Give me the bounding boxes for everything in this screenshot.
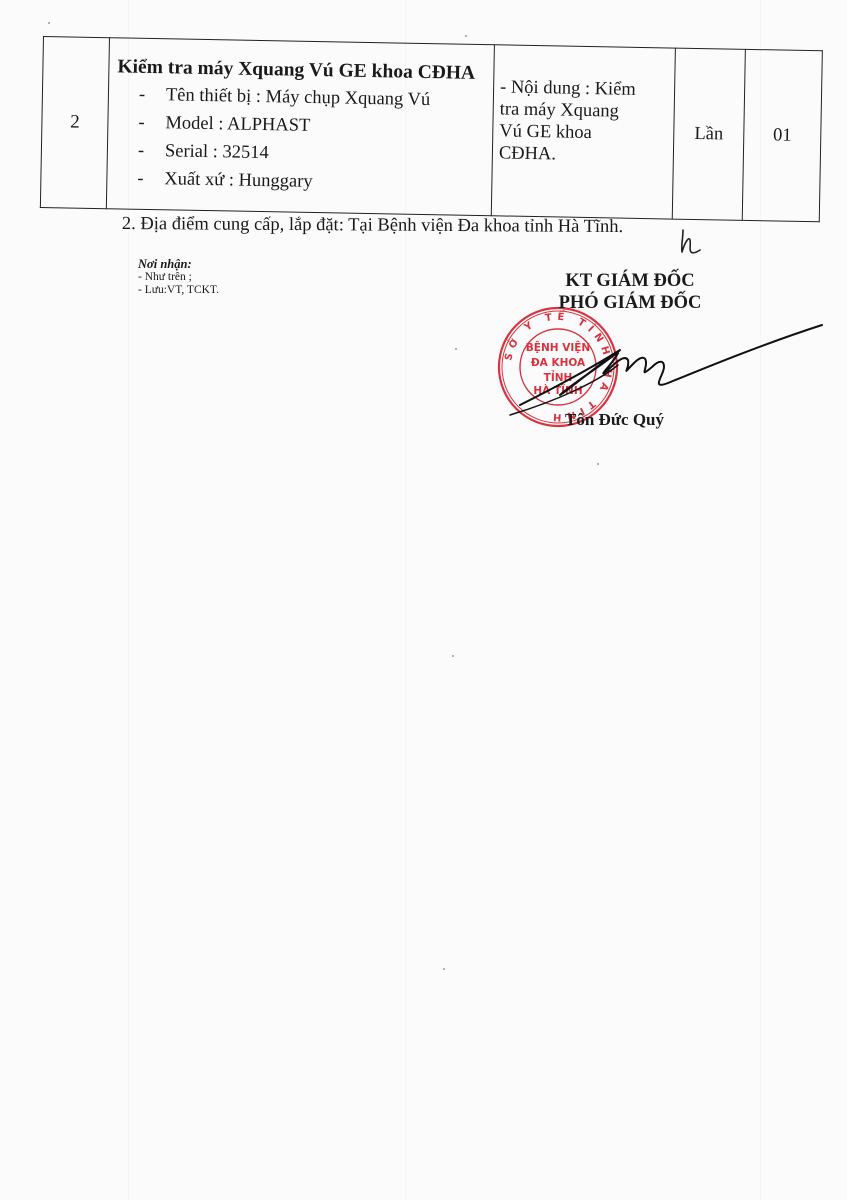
- scan-artifact: [452, 655, 454, 657]
- signature-title-secondary: PHÓ GIÁM ĐỐC: [540, 292, 720, 314]
- content-line: - Nội dung : Kiểm: [500, 76, 674, 101]
- content-cell: - Nội dung : Kiểm tra máy Xquang Vú GE k…: [491, 45, 675, 219]
- content-line: Vú GE khoa: [499, 120, 673, 145]
- recipients-block: Nơi nhận: - Như trên ; - Lưu:VT, TCKT.: [138, 258, 219, 297]
- equipment-table: 2 Kiểm tra máy Xquang Vú GE khoa CĐHA -T…: [40, 36, 803, 234]
- list-item: -Xuất xứ : Hunggary: [137, 165, 491, 199]
- scan-artifact: [443, 968, 445, 970]
- scan-artifact: [455, 348, 457, 350]
- row-number: 2: [70, 112, 80, 133]
- unit-cell: Lần: [672, 48, 745, 220]
- content-line: CĐHA.: [499, 142, 673, 167]
- description-cell: Kiểm tra máy Xquang Vú GE khoa CĐHA -Tên…: [106, 38, 494, 216]
- row-number-cell: 2: [40, 37, 109, 209]
- recipient-item: - Lưu:VT, TCKT.: [138, 284, 219, 297]
- unit-value: Lần: [694, 123, 723, 144]
- signature-block: KT GIÁM ĐỐC PHÓ GIÁM ĐỐC: [540, 270, 720, 314]
- signature-title-primary: KT GIÁM ĐỐC: [540, 270, 720, 292]
- quantity-cell: 01: [742, 49, 822, 221]
- scanned-document-page: 2 Kiểm tra máy Xquang Vú GE khoa CĐHA -T…: [0, 0, 847, 1200]
- recipient-item: - Như trên ;: [138, 271, 219, 284]
- description-list: -Tên thiết bị : Máy chụp Xquang Vú -Mode…: [115, 80, 493, 199]
- signer-name: Tôn Đức Quý: [565, 410, 664, 430]
- scan-artifact: [597, 463, 599, 465]
- handwritten-signature-icon: [500, 315, 830, 445]
- recipients-title: Nơi nhận:: [138, 258, 219, 271]
- quantity-value: 01: [773, 125, 792, 145]
- delivery-location: 2. Địa điểm cung cấp, lắp đặt: Tại Bệnh …: [122, 214, 623, 238]
- scan-artifact: [48, 22, 50, 24]
- table-row: 2 Kiểm tra máy Xquang Vú GE khoa CĐHA -T…: [40, 37, 822, 222]
- handwritten-initial-icon: [677, 228, 707, 258]
- content-line: tra máy Xquang: [500, 98, 674, 123]
- scan-artifact: [465, 35, 467, 37]
